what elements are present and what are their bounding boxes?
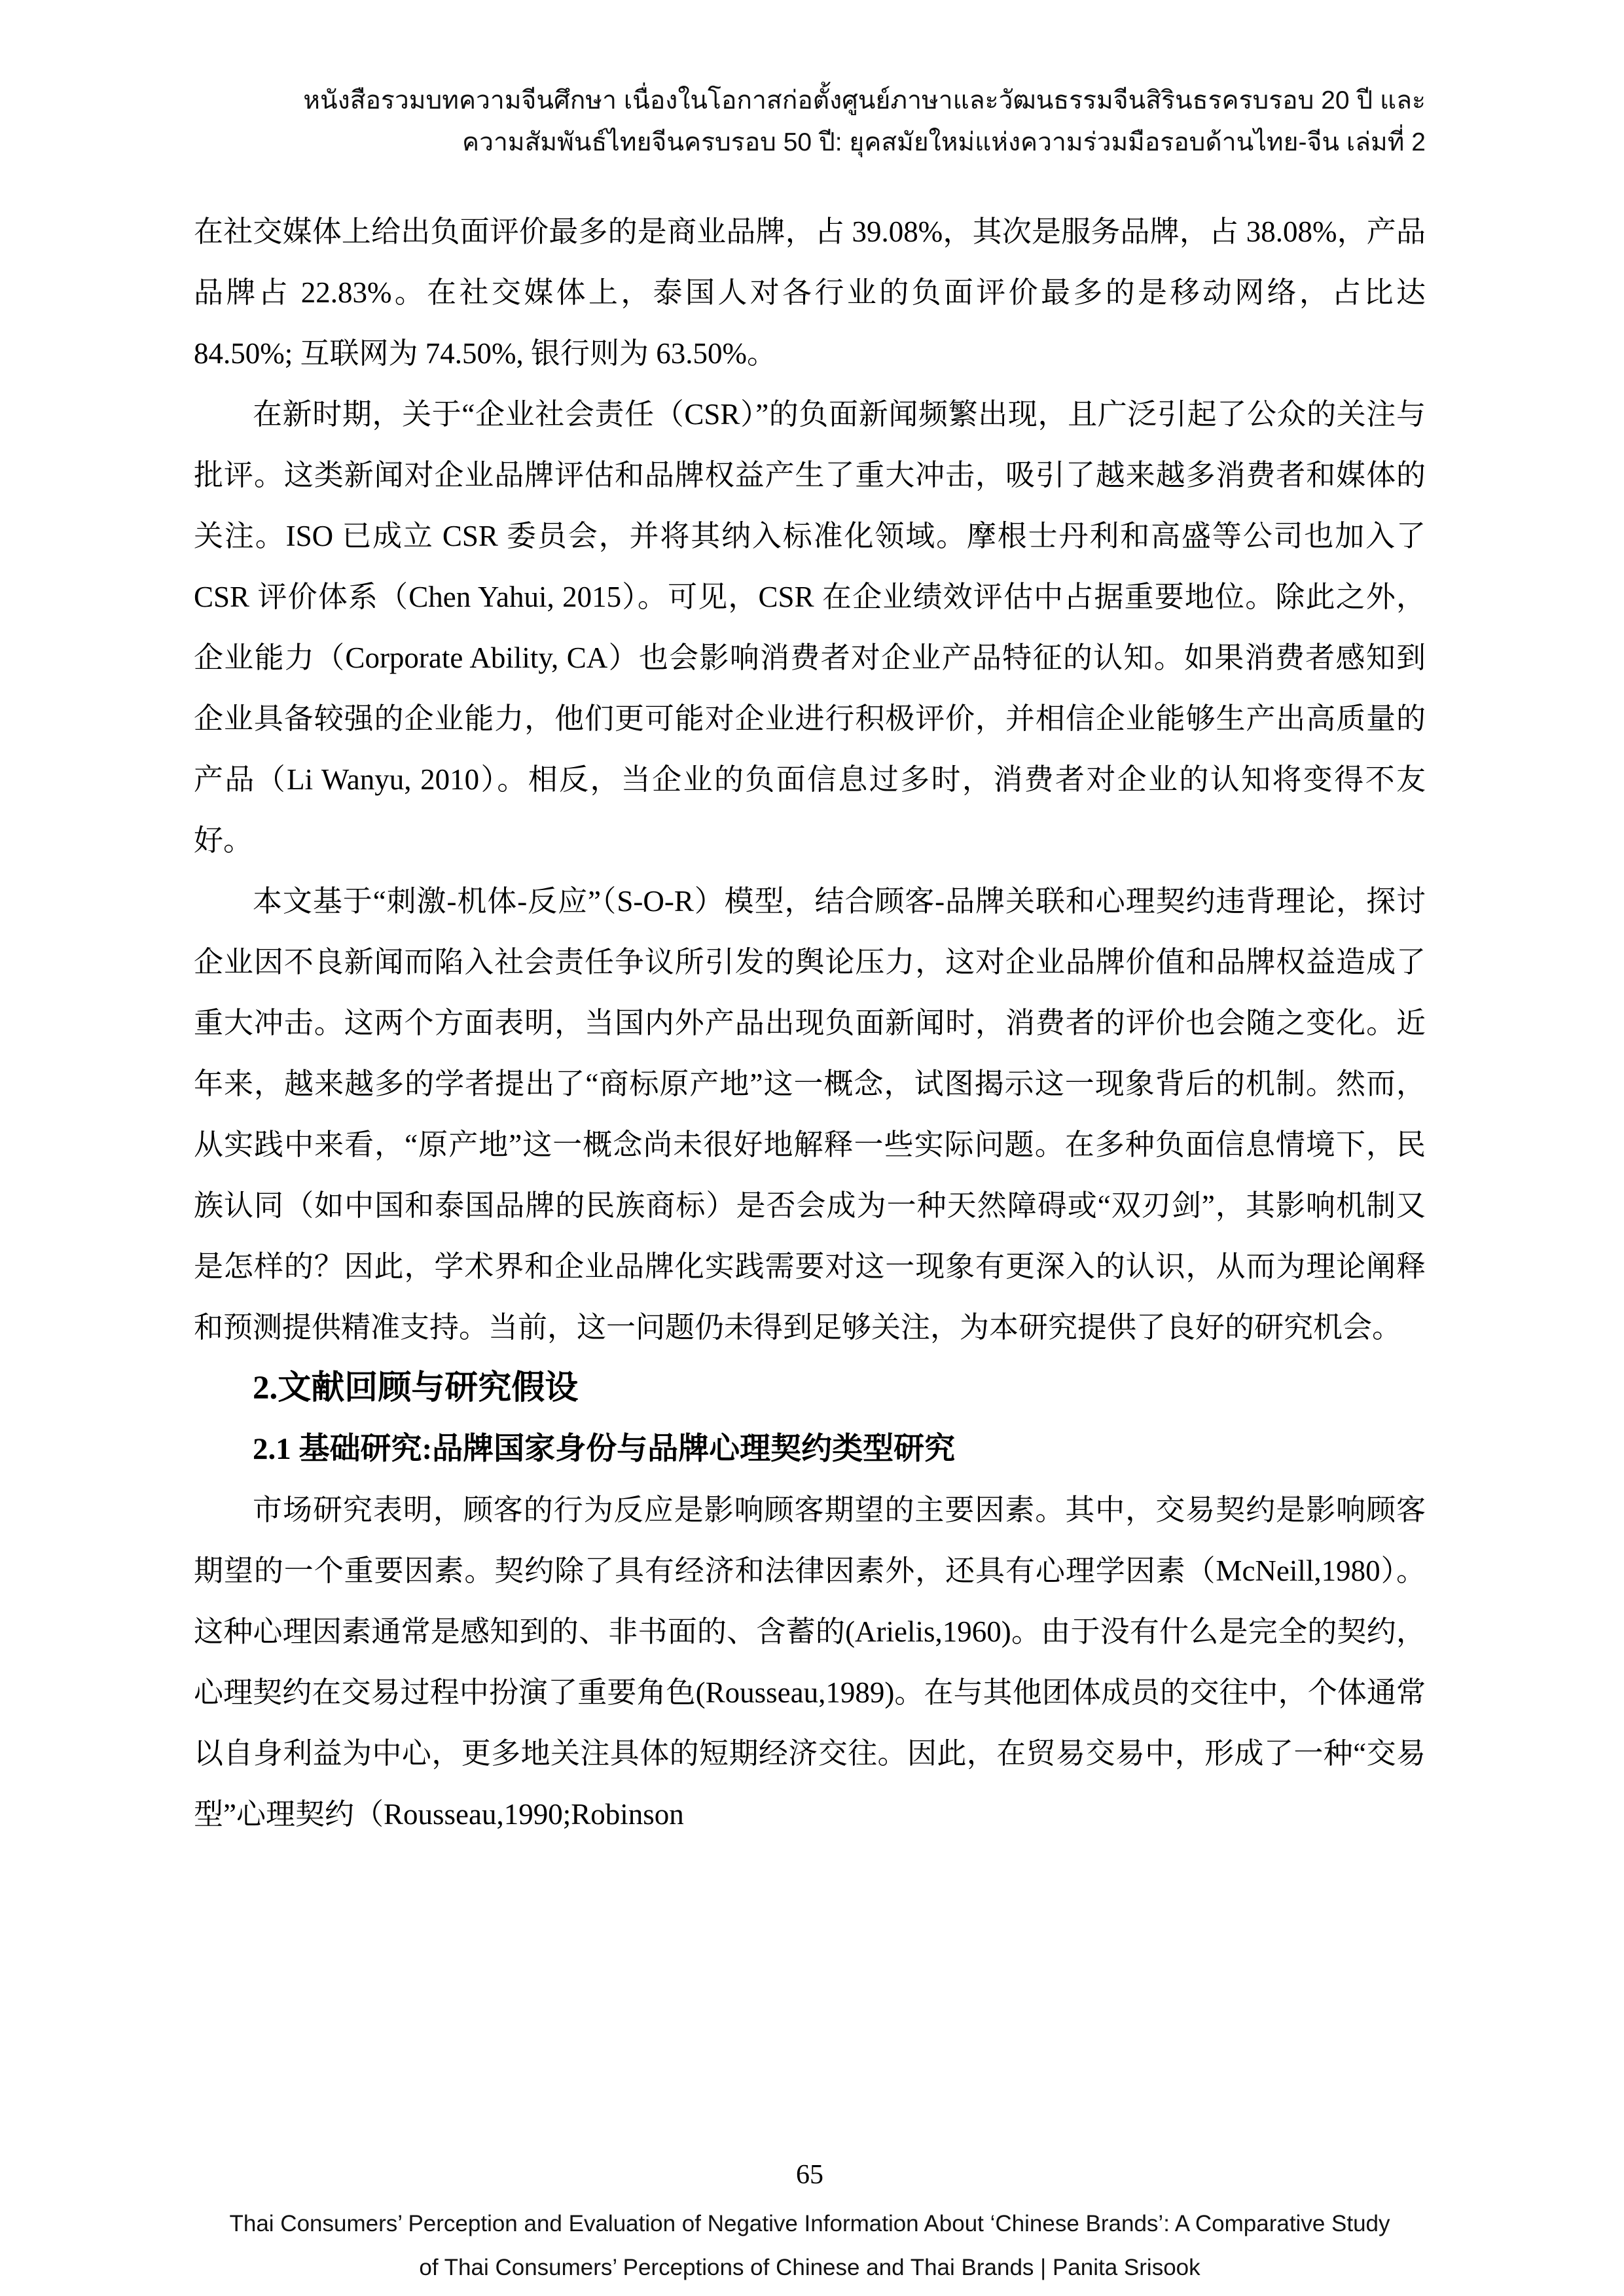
body-paragraph-3: 本文基于“刺激-机体-反应”（S-O-R）模型，结合顾客-品牌关联和心理契约违背… xyxy=(194,871,1426,1358)
body-paragraph-2: 在新时期，关于“企业社会责任（CSR）”的负面新闻频繁出现，且广泛引起了公众的关… xyxy=(194,384,1426,871)
running-head: หนังสือรวมบทความจีนศึกษา เนื่องในโอกาสก่… xyxy=(194,80,1426,164)
document-page: หนังสือรวมบทความจีนศึกษา เนื่องในโอกาสก่… xyxy=(0,0,1624,2296)
page-footer: 65 Thai Consumers’ Perception and Evalua… xyxy=(194,2159,1426,2289)
section-heading: 2.文献回顾与研究假设 xyxy=(194,1358,1426,1419)
main-text-block: 在社交媒体上给出负面评价最多的是商业品牌，占 39.08%，其次是服务品牌，占 … xyxy=(194,202,1426,1845)
subsection-heading: 2.1 基础研究:品牌国家身份与品牌心理契约类型研究 xyxy=(194,1419,1426,1480)
footer-title-line-1: Thai Consumers’ Perception and Evaluatio… xyxy=(194,2202,1426,2246)
body-paragraph-4: 市场研究表明，顾客的行为反应是影响顾客期望的主要因素。其中，交易契约是影响顾客期… xyxy=(194,1480,1426,1845)
footer-title-line-2: of Thai Consumers’ Perceptions of Chines… xyxy=(194,2246,1426,2289)
running-head-line-1: หนังสือรวมบทความจีนศึกษา เนื่องในโอกาสก่… xyxy=(194,80,1426,122)
running-head-line-2: ความสัมพันธ์ไทยจีนครบรอบ 50 ปี: ยุคสมัยใ… xyxy=(194,122,1426,164)
page-number: 65 xyxy=(194,2159,1426,2191)
body-paragraph-1: 在社交媒体上给出负面评价最多的是商业品牌，占 39.08%，其次是服务品牌，占 … xyxy=(194,202,1426,384)
